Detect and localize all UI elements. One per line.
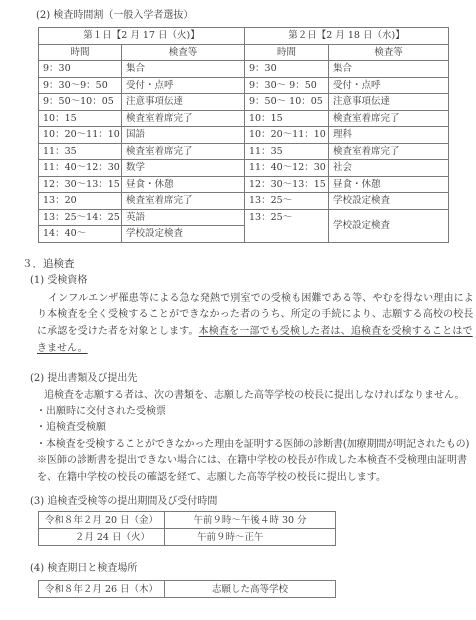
day2-col-event: 検査等 (329, 44, 449, 61)
day2-event: 集合 (329, 61, 449, 78)
table-row: 9：30〜9：50 受付・点呼 9：30〜 9：50 受付・点呼 (39, 77, 449, 94)
day1-time: 11：40〜12：30 (39, 160, 122, 177)
day2-header: 第２日【2 月 18 日（水)】 (245, 28, 449, 45)
day2-time: 12：30〜13：15 (245, 176, 329, 193)
day1-event: 検査室着席完了 (122, 193, 245, 210)
table-row: 令和８年２月 20 日（金） 午前９時〜午後４時 30 分 (39, 512, 336, 529)
sub2-item: ・本検査を受検することができなかった理由を証明する医師の診断書(加療期間が明記さ… (36, 438, 469, 452)
schedule-table: 第１日【2 月 17 日（火)】 第２日【2 月 18 日（水)】 時間 検査等… (38, 27, 449, 243)
day2-time: 11：35 (245, 143, 329, 160)
schedule-subtitle: (2) 検査時間割（一般入学者選抜） (36, 9, 193, 23)
sub2-note2: を、在籍中学校の校長の確認を経て、志願した高等学校の校長に提出します。 (37, 471, 386, 485)
sub1-line2: り本検査を全く受検することができなかった者のうち、所定の手続により、志願する高校… (37, 308, 473, 322)
table-row: 12：30〜13：15 昼食・休憩 12：30〜13：15 昼食・休憩 (39, 176, 449, 193)
day2-event: 検査室着席完了 (329, 143, 449, 160)
sub1-line3-plain: に承認を受けた者を対象とします。 (37, 326, 199, 337)
submission-period-table: 令和８年２月 20 日（金） 午前９時〜午後４時 30 分 ２月 24 日（火）… (38, 511, 336, 546)
day2-event: 学校設定検査 (329, 209, 449, 242)
exam-date-table: 令和８年２月 26 日（木） 志願した高等学校 (38, 580, 336, 598)
day1-event: 学校設定検査 (122, 226, 245, 243)
day1-event: 注意事項伝達 (122, 94, 245, 111)
day1-time: 14：40〜 (39, 226, 122, 243)
day2-col-time: 時間 (245, 44, 329, 61)
sub3-title: (3) 追検査受検等の提出期間及び受付時間 (30, 495, 217, 509)
day2-event: 社会 (329, 160, 449, 177)
day1-time: 10：15 (39, 110, 122, 127)
table-row: 9：30 集合 9：30 集合 (39, 61, 449, 78)
sub1-line1: インフルエンザ罹患等による急な発熱で別室での受検も困難である等、やむを得ない理由… (48, 292, 474, 306)
table-row: 13：20 検査室着席完了 13：25〜 学校設定検査 (39, 193, 449, 210)
day2-time: 10：15 (245, 110, 329, 127)
day1-event: 国語 (122, 127, 245, 144)
sub2-intro: 追検査を志願する者は、次の書類を、志願した高等学校の校長に提出しなければなりませ… (44, 389, 465, 403)
table-row: 11：35 検査室着席完了 11：35 検査室着席完了 (39, 143, 449, 160)
day1-event: 受付・点呼 (122, 77, 245, 94)
table-row: 13：25〜14：25 英語 13：25〜 学校設定検査 (39, 209, 449, 226)
day1-event: 検査室着席完了 (122, 143, 245, 160)
day1-time: 13：20 (39, 193, 122, 210)
sub4-title: (4) 検査期日と検査場所 (30, 562, 137, 576)
day1-col-time: 時間 (39, 44, 122, 61)
sub1-title: (1) 受検資格 (30, 274, 87, 288)
day2-time: 13：25〜 (245, 209, 329, 242)
sub2-note1: ※医師の診断書を提出できない場合には、在籍中学校の校長が作成した本検査不受検理由… (37, 454, 467, 468)
sub2-title: (2) 提出書類及び提出先 (30, 372, 137, 386)
period-time: 午前９時〜午後４時 30 分 (165, 512, 336, 529)
day1-time: 9：30〜9：50 (39, 77, 122, 94)
day2-event: 検査室着席完了 (329, 110, 449, 127)
period-time: 午前９時〜正午 (165, 529, 336, 546)
day1-event: 集合 (122, 61, 245, 78)
day1-header: 第１日【2 月 17 日（火)】 (39, 28, 245, 45)
table-row: ２月 24 日（火） 午前９時〜正午 (39, 529, 336, 546)
day2-event: 理科 (329, 127, 449, 144)
day2-time: 9：30〜 9：50 (245, 77, 329, 94)
period-date: 令和８年２月 20 日（金） (39, 512, 165, 529)
day1-event: 検査室着席完了 (122, 110, 245, 127)
day1-event: 英語 (122, 209, 245, 226)
day2-event: 学校設定検査 (329, 193, 449, 210)
sub1-line4: きません。 (37, 342, 88, 356)
day2-event: 受付・点呼 (329, 77, 449, 94)
table-header-row: 第１日【2 月 17 日（火)】 第２日【2 月 18 日（水)】 (39, 28, 449, 45)
section3-title: ３．追検査 (22, 257, 75, 271)
day1-time: 12：30〜13：15 (39, 176, 122, 193)
day2-event: 注意事項伝達 (329, 94, 449, 111)
day1-time: 11：35 (39, 143, 122, 160)
table-row: 令和８年２月 26 日（木） 志願した高等学校 (39, 581, 336, 598)
table-row: 11：40〜12：30 数学 11：40〜12：30 社会 (39, 160, 449, 177)
sub2-item: ・追検査受検願 (36, 421, 106, 435)
day2-time: 10：20〜11：10 (245, 127, 329, 144)
day2-time: 11：40〜12：30 (245, 160, 329, 177)
day1-col-event: 検査等 (122, 44, 245, 61)
column-header-row: 時間 検査等 時間 検査等 (39, 44, 449, 61)
day1-event: 数学 (122, 160, 245, 177)
sub1-line3: に承認を受けた者を対象とします。本検査を一部でも受検した者は、追検査を受検するこ… (37, 325, 473, 339)
exam-date: 令和８年２月 26 日（木） (39, 581, 165, 598)
day2-event: 昼食・休憩 (329, 176, 449, 193)
day1-time: 9：50〜10：05 (39, 94, 122, 111)
day1-time: 13：25〜14：25 (39, 209, 122, 226)
period-date: ２月 24 日（火） (39, 529, 165, 546)
sub2-item: ・出願時に交付された受検票 (36, 405, 166, 419)
day2-time: 9：30 (245, 61, 329, 78)
table-row: 9：50〜10：05 注意事項伝達 9：50〜 10：05 注意事項伝達 (39, 94, 449, 111)
table-row: 10：15 検査室着席完了 10：15 検査室着席完了 (39, 110, 449, 127)
day2-time: 13：25〜 (245, 193, 329, 210)
day1-event: 昼食・休憩 (122, 176, 245, 193)
day1-time: 9：30 (39, 61, 122, 78)
table-row: 10：20〜11：10 国語 10：20〜11：10 理科 (39, 127, 449, 144)
exam-place: 志願した高等学校 (165, 581, 336, 598)
day2-time: 9：50〜 10：05 (245, 94, 329, 111)
sub1-line3-underlined: 本検査を一部でも受検した者は、追検査を受検することはで (199, 326, 473, 337)
day1-time: 10：20〜11：10 (39, 127, 122, 144)
